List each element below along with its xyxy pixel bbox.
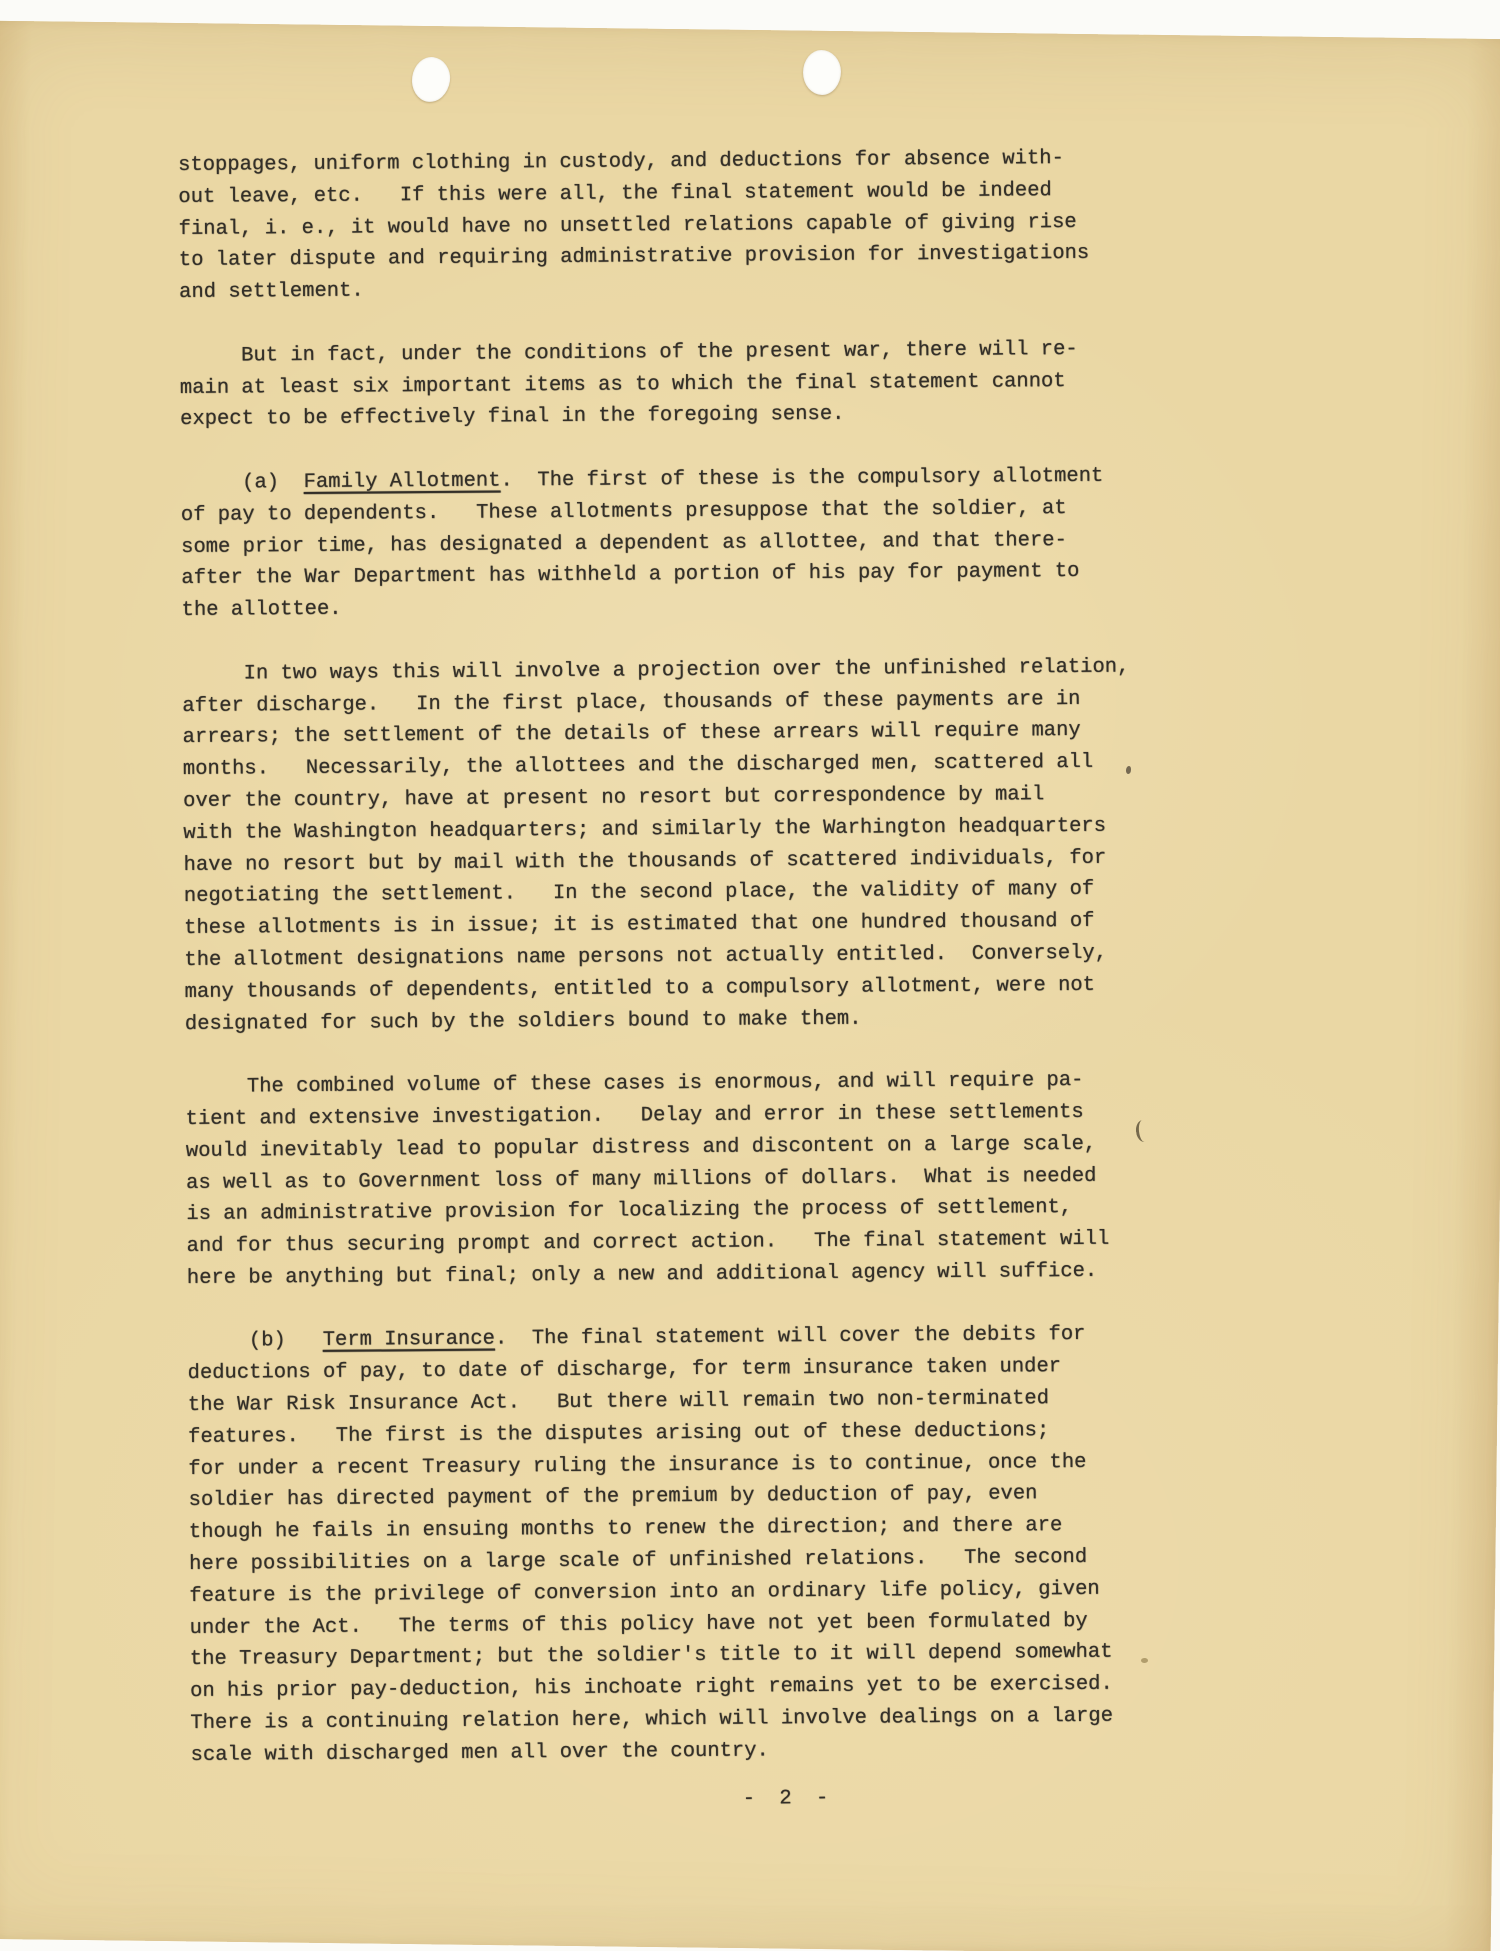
paragraph-text: stoppages, uniform clothing in custody, …	[178, 147, 1089, 304]
paragraph-prefix: (b)	[187, 1329, 323, 1353]
hole-punch-right	[803, 50, 841, 95]
paragraph-text: . The final statement will cover the deb…	[188, 1323, 1114, 1766]
paragraph-but-in-fact: But in fact, under the conditions of the…	[179, 331, 1375, 436]
section-heading-family-allotment: Family Allotment	[304, 469, 501, 494]
paragraph-in-two-ways: In two ways this will involve a projecti…	[182, 649, 1380, 1040]
paragraph-combined-volume: The combined volume of these cases is en…	[185, 1063, 1382, 1295]
paragraph-stoppages: stoppages, uniform clothing in custody, …	[178, 141, 1374, 309]
paragraph-term-insurance: (b) Term Insurance. The final statement …	[187, 1317, 1385, 1772]
paragraph-text: The combined volume of these cases is en…	[185, 1069, 1109, 1290]
paragraph-text: In two ways this will involve a projecti…	[182, 655, 1129, 1035]
paragraph-family-allotment: (a) Family Allotment. The first of these…	[180, 459, 1376, 627]
paper-fleck	[1141, 1658, 1148, 1663]
paragraph-prefix: (a)	[181, 471, 304, 495]
document-body: stoppages, uniform clothing in custody, …	[178, 141, 1386, 1820]
section-heading-term-insurance: Term Insurance	[323, 1328, 495, 1352]
paragraph-text: But in fact, under the conditions of the…	[180, 338, 1078, 432]
